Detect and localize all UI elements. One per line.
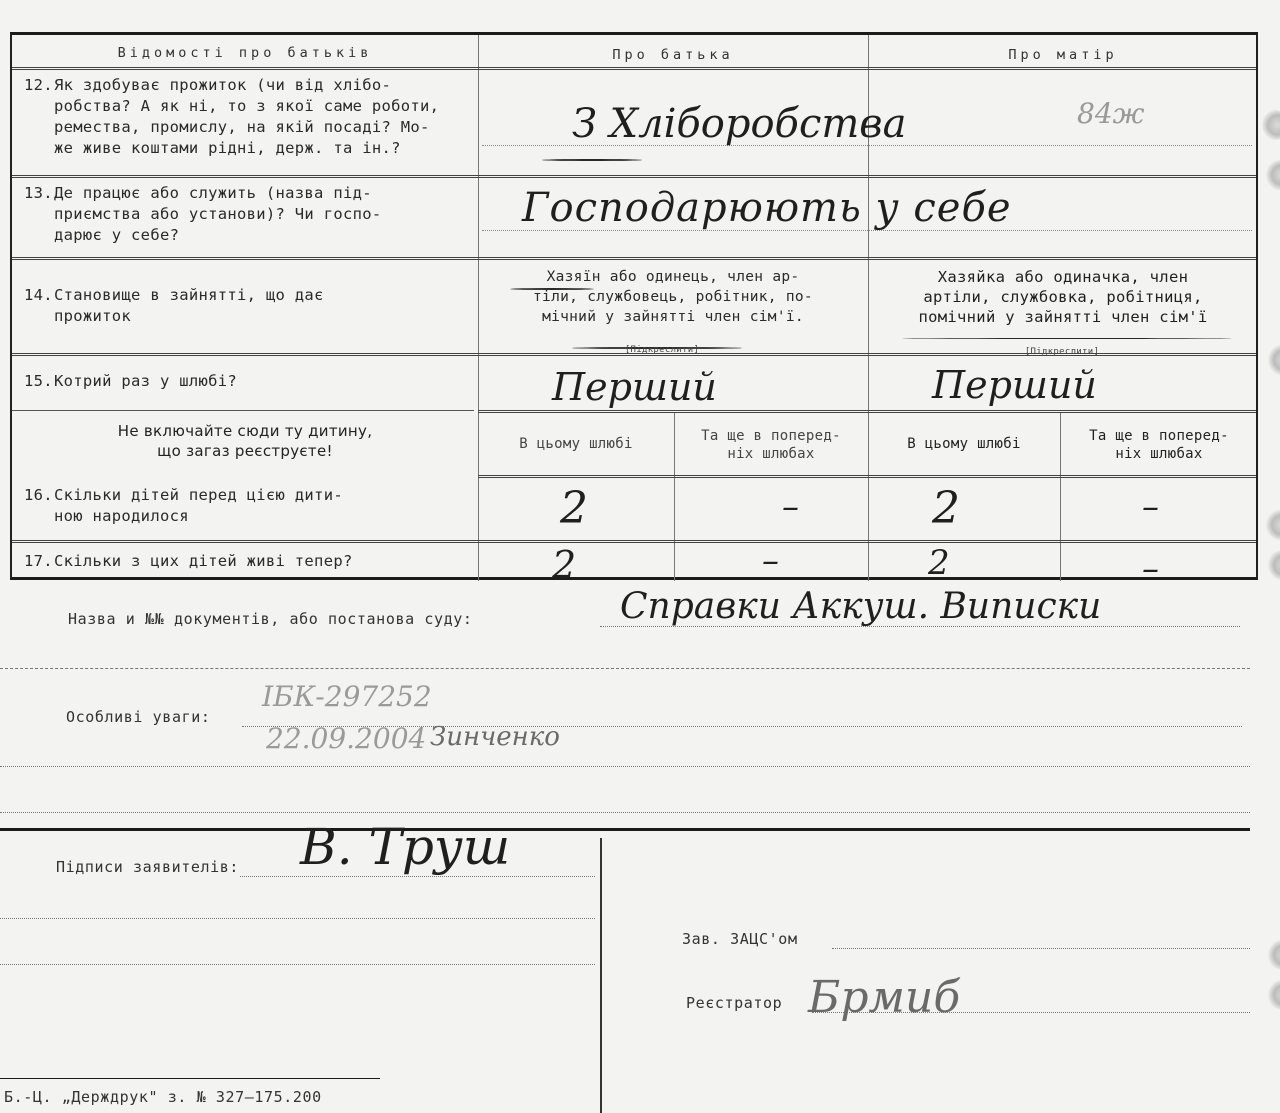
answer-15-father: Перший [552, 365, 717, 409]
answer-12-father: З Хліборобства [572, 101, 906, 147]
head-registry-label: Зав. ЗАЦС'ом [682, 930, 798, 948]
row-divider [12, 410, 474, 411]
answer-16-mother-this: 2 [932, 483, 960, 534]
registrar-label: Реєстратор [686, 994, 782, 1012]
question-16: 16.Скільки дітей перед цією дити- ною на… [12, 485, 478, 527]
printer-imprint: Б.-Ц. „Держдрук" з. № 327—175.200 [4, 1088, 322, 1106]
registrar-signature: Брмиб [808, 972, 960, 1023]
answer-17-mother-previous: – [1142, 549, 1159, 589]
subheader-mother-previous: Та ще в поперед- ніх шлюбах [1060, 427, 1258, 463]
answer-15-mother: Перший [932, 363, 1097, 407]
special-notes-value-line2: 22.09.2004 [266, 722, 426, 755]
punch-hole [1268, 980, 1280, 1010]
answer-17-mother-this: 2 [928, 543, 950, 583]
field-line [0, 668, 1250, 669]
header-parents-info: Відомості про батьків [12, 43, 478, 64]
answer-16-father-this: 2 [560, 483, 588, 534]
signature-line [240, 876, 595, 877]
registration-form-page: Відомості про батьків Про батька Про мат… [0, 0, 1280, 1113]
punch-hole [1266, 510, 1280, 540]
underline-note-mother: [Підкреслити] [1002, 342, 1122, 363]
punch-hole [1262, 110, 1280, 140]
answer-16-father-previous: – [782, 487, 799, 527]
field-line [0, 812, 1250, 813]
underline-mark [542, 159, 642, 161]
question-12: 12.Як здобуває прожиток (чи від хлібо- р… [12, 75, 478, 159]
underline-khaziain [510, 288, 594, 290]
subheader-father-previous: Та ще в поперед- ніх шлюбах [674, 427, 868, 463]
subheader-mother-this-marriage: В цьому шлюбі [868, 435, 1060, 453]
signature-line [0, 918, 595, 919]
footer-line [0, 1078, 380, 1079]
children-instruction: Не включайте сюди ту дитину, що загаз ре… [12, 421, 478, 461]
punch-hole [1266, 160, 1280, 190]
row-divider [12, 67, 1256, 70]
subheader-father-this-marriage: В цьому шлюбі [478, 435, 674, 453]
special-notes-signature: Зинченко [430, 722, 560, 752]
row-divider [478, 410, 1256, 413]
signature-line [0, 964, 595, 965]
header-mother: Про матір [868, 45, 1258, 66]
father-employment-options: Хазяїн або одинець, член ар- тіли, служб… [478, 267, 868, 327]
answer-17-father-this: 2 [552, 543, 576, 587]
underline-note-father: [Підкреслити] [592, 340, 732, 361]
documents-label: Назва и №№ документів, або постанова суд… [68, 610, 473, 628]
section-divider [0, 828, 1250, 831]
question-17: 17.Скільки з цих дітей живі тепер? [12, 551, 478, 572]
parents-info-table: Відомості про батьків Про батька Про мат… [10, 32, 1258, 580]
signature-column-divider [600, 838, 602, 1113]
row-divider [478, 475, 1256, 478]
punch-hole [1268, 940, 1280, 970]
special-notes-value-line1: ІБК-297252 [262, 680, 432, 713]
punch-hole [1268, 550, 1280, 580]
punch-hole [1268, 345, 1280, 375]
answer-16-mother-previous: – [1142, 487, 1159, 527]
answer-13: Господарюють у себе [522, 185, 1012, 231]
mother-employment-options: Хазяйка або одиначка, член артіли, служб… [868, 267, 1258, 327]
question-13: 13.Де працює або служить (назва під- при… [12, 183, 478, 246]
applicant-signatures-label: Підписи заявителів: [56, 858, 239, 876]
question-15: 15.Котрий раз у шлюбі? [12, 371, 478, 392]
special-notes-label: Особливі уваги: [66, 708, 210, 726]
answer-17-father-previous: – [762, 541, 779, 581]
documents-value: Справки Аккуш. Виписки [620, 586, 1101, 627]
applicant-signature: В. Труш [300, 818, 510, 876]
row-divider [12, 540, 1256, 543]
underline-mark [902, 338, 1232, 339]
answer-12-mother-faint: 84ж [1077, 97, 1144, 130]
head-signature-line [832, 948, 1250, 949]
field-line [0, 766, 1250, 767]
row-divider [12, 175, 1256, 178]
question-14: 14.Становище в зайнятті, що дає прожиток [12, 285, 478, 327]
row-divider [12, 257, 1256, 260]
header-father: Про батька [478, 45, 868, 66]
